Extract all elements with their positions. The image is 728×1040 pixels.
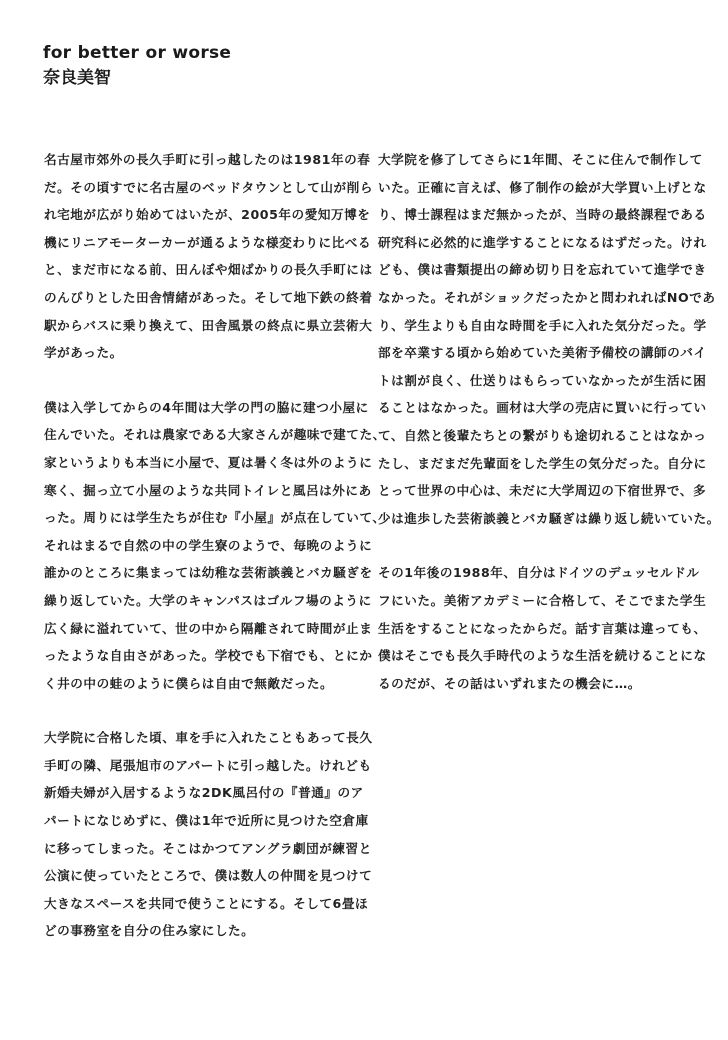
text-line: 学があった。	[44, 339, 369, 367]
text-line: と、まだ市になる前、田んぼや畑ばかりの長久手町には	[44, 256, 369, 284]
text-line: フにいた。美術アカデミーに合格して、そこでまた学生	[378, 587, 714, 615]
text-line: 研究科に必然的に進学することになるはずだった。けれ	[378, 229, 714, 257]
text-line: 広く緑に溢れていて、世の中から隔離されて時間が止ま	[44, 615, 369, 643]
text-line: 大学院を修了してさらに1年間、そこに住んで制作して	[378, 146, 714, 174]
text-line: 住んでいた。それは農家である大家さんが趣味で建てた、	[44, 421, 369, 449]
text-line: り、学生よりも自由な時間を手に入れた気分だった。学	[378, 312, 714, 340]
article-title: for better or worse	[43, 41, 231, 65]
text-line: 僕は入学してからの4年間は大学の門の脇に建つ小屋に	[44, 394, 369, 422]
text-line: それはまるで自然の中の学生寮のようで、毎晩のように	[44, 532, 369, 560]
text-line: 生活をすることになったからだ。話す言葉は違っても、	[378, 615, 714, 643]
text-line: 新婚夫婦が入居するような2DK風呂付の『普通』のア	[44, 779, 369, 807]
text-line: 繰り返していた。大学のキャンパスはゴルフ場のように	[44, 587, 369, 615]
text-column-left: 名古屋市郊外の長久手町に引っ越したのは1981年の春 だ。その頃すでに名古屋のベ…	[44, 146, 369, 972]
text-line: 機にリニアモーターカーが通るような様変わりに比べる	[44, 229, 369, 257]
text-line: 部を卒業する頃から始めていた美術予備校の講師のバイ	[378, 339, 714, 367]
text-line: れ宅地が広がり始めてはいたが、2005年の愛知万博を	[44, 201, 369, 229]
text-line: だ。その頃すでに名古屋のベッドタウンとして山が削ら	[44, 174, 369, 202]
text-line: パートになじめずに、僕は1年で近所に見つけた空倉庫	[44, 807, 369, 835]
text-line: 大学院に合格した頃、車を手に入れたこともあって長久	[44, 724, 369, 752]
text-line: とって世界の中心は、未だに大学周辺の下宿世界で、多	[378, 477, 714, 505]
text-line: のんびりとした田舎情緒があった。そして地下鉄の終着	[44, 284, 369, 312]
article-author: 奈良美智	[43, 65, 231, 91]
text-line: どの事務室を自分の住み家にした。	[44, 917, 369, 945]
text-line: ども、僕は書類提出の締め切り日を忘れていて進学でき	[378, 256, 714, 284]
text-line: 駅からバスに乗り換えて、田舎風景の終点に県立芸術大	[44, 312, 369, 340]
paragraph-5: その1年後の1988年、自分はドイツのデュッセルドル フにいた。美術アカデミーに…	[378, 559, 714, 697]
paragraph-4: 大学院を修了してさらに1年間、そこに住んで制作して いた。正確に言えば、修了制作…	[378, 146, 714, 532]
text-line: 公演に使っていたところで、僕は数人の仲間を見つけて	[44, 862, 369, 890]
text-line: り、博士課程はまだ無かったが、当時の最終課程である	[378, 201, 714, 229]
text-line: 僕はそこでも長久手時代のような生活を続けることにな	[378, 642, 714, 670]
text-line: 家というよりも本当に小屋で、夏は暑く冬は外のように	[44, 449, 369, 477]
text-line: 少は進歩した芸術談義とバカ騒ぎは繰り返し続いていた。	[378, 505, 714, 533]
article-header: for better or worse 奈良美智	[43, 41, 231, 91]
text-column-right: 大学院を修了してさらに1年間、そこに住んで制作して いた。正確に言えば、修了制作…	[378, 146, 714, 724]
text-line: トは割が良く、仕送りはもらっていなかったが生活に困	[378, 367, 714, 395]
text-line: ることはなかった。画材は大学の売店に買いに行ってい	[378, 394, 714, 422]
text-line: く井の中の蛙のように僕らは自由で無敵だった。	[44, 670, 369, 698]
text-line: るのだが、その話はいずれまたの機会に…。	[378, 670, 714, 698]
text-line: 誰かのところに集まっては幼稚な芸術談義とバカ騒ぎを	[44, 559, 369, 587]
paragraph-2: 僕は入学してからの4年間は大学の門の脇に建つ小屋に 住んでいた。それは農家である…	[44, 394, 369, 698]
paragraph-3: 大学院に合格した頃、車を手に入れたこともあって長久 手町の隣、尾張旭市のアパート…	[44, 724, 369, 945]
text-line: なかった。それがショックだったかと問われればNOであ	[378, 284, 714, 312]
text-line: った。周りには学生たちが住む『小屋』が点在していて、	[44, 504, 369, 532]
text-line: て、自然と後輩たちとの繋がりも途切れることはなかっ	[378, 422, 714, 450]
text-line: ったような自由さがあった。学校でも下宿でも、とにか	[44, 642, 369, 670]
text-line: その1年後の1988年、自分はドイツのデュッセルドル	[378, 559, 714, 587]
text-line: いた。正確に言えば、修了制作の絵が大学買い上げとな	[378, 174, 714, 202]
paragraph-1: 名古屋市郊外の長久手町に引っ越したのは1981年の春 だ。その頃すでに名古屋のベ…	[44, 146, 369, 367]
text-line: たし、まだまだ先輩面をした学生の気分だった。自分に	[378, 450, 714, 478]
text-line: に移ってしまった。そこはかつてアングラ劇団が練習と	[44, 835, 369, 863]
text-line: 寒く、掘っ立て小屋のような共同トイレと風呂は外にあ	[44, 477, 369, 505]
text-line: 手町の隣、尾張旭市のアパートに引っ越した。けれども	[44, 752, 369, 780]
text-line: 名古屋市郊外の長久手町に引っ越したのは1981年の春	[44, 146, 369, 174]
text-line: 大きなスペースを共同で使うことにする。そして6畳ほ	[44, 890, 369, 918]
